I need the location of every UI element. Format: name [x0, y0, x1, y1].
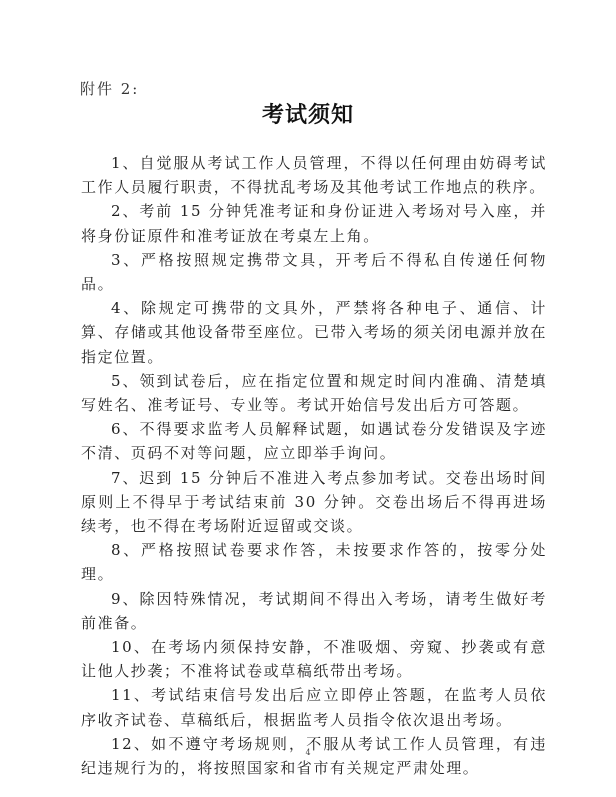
rule-item-8: 8、严格按照试卷要求作答，未按要求作答的，按零分处理。: [81, 538, 547, 586]
rule-item-3: 3、严格按照规定携带文具，开考后不得私自传递任何物品。: [81, 248, 547, 296]
page-number: 4: [0, 748, 616, 757]
attachment-label: 附件 2:: [80, 78, 139, 99]
rules-list: 1、自觉服从考试工作人员管理，不得以任何理由妨碍考试工作人员履行职责，不得扰乱考…: [81, 151, 547, 780]
rule-item-7: 7、迟到 15 分钟后不准进入考点参加考试。交卷出场时间原则上不得早于考试结束前…: [81, 466, 547, 539]
rule-item-9: 9、除因特殊情况，考试期间不得出入考场，请考生做好考前准备。: [81, 587, 547, 635]
rule-item-1: 1、自觉服从考试工作人员管理，不得以任何理由妨碍考试工作人员履行职责，不得扰乱考…: [81, 151, 547, 199]
rule-item-10: 10、在考场内须保持安静，不准吸烟、旁窥、抄袭或有意让他人抄袭；不准将试卷或草稿…: [81, 635, 547, 683]
rule-item-4: 4、除规定可携带的文具外，严禁将各种电子、通信、计算、存储或其他设备带至座位。已…: [81, 296, 547, 369]
page-title: 考试须知: [0, 98, 616, 129]
rule-item-6: 6、不得要求监考人员解释试题，如遇试卷分发错误及字迹不清、页码不对等问题，应立即…: [81, 417, 547, 465]
rule-item-5: 5、领到试卷后，应在指定位置和规定时间内准确、清楚填写姓名、准考证号、专业等。考…: [81, 369, 547, 417]
rule-item-2: 2、考前 15 分钟凭准考证和身份证进入考场对号入座，并将身份证原件和准考证放在…: [81, 199, 547, 247]
rule-item-11: 11、考试结束信号发出后应立即停止答题，在监考人员依序收齐试卷、草稿纸后，根据监…: [81, 683, 547, 731]
